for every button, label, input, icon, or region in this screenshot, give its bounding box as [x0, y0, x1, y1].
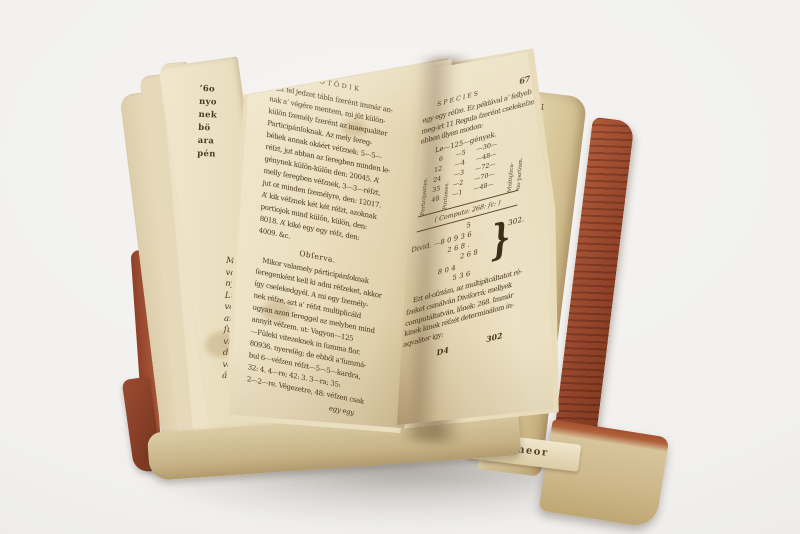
column-label-participantes: Participantes. [418, 157, 432, 217]
page-number: 66 [271, 66, 283, 80]
table-cell: 48 [427, 193, 441, 207]
page-66-text-block: 66 EÖTÖDIK Ez fel jedzet tábla ſzerént i… [245, 66, 391, 421]
edge-text-fragment: pén [197, 148, 216, 162]
edge-text-column: ’6o nyo nek bö ara pén [197, 83, 218, 162]
edge-text-fragment: ara [197, 135, 216, 149]
edge-text-fragment: ’6o [199, 83, 218, 97]
photo-open-antique-arithmetic-book: Mi 100 — § 93 re. Te. lű. ti. m. o. : .b… [0, 0, 800, 534]
edge-text-fragment: bö [198, 122, 217, 136]
catchword: 302 [486, 330, 503, 345]
cover-bottom-right-corner [539, 419, 670, 528]
gathering-signature: D4 [436, 344, 449, 358]
edge-text-fragment: nek [198, 109, 217, 123]
edge-text-fragment: nyo [199, 96, 218, 110]
